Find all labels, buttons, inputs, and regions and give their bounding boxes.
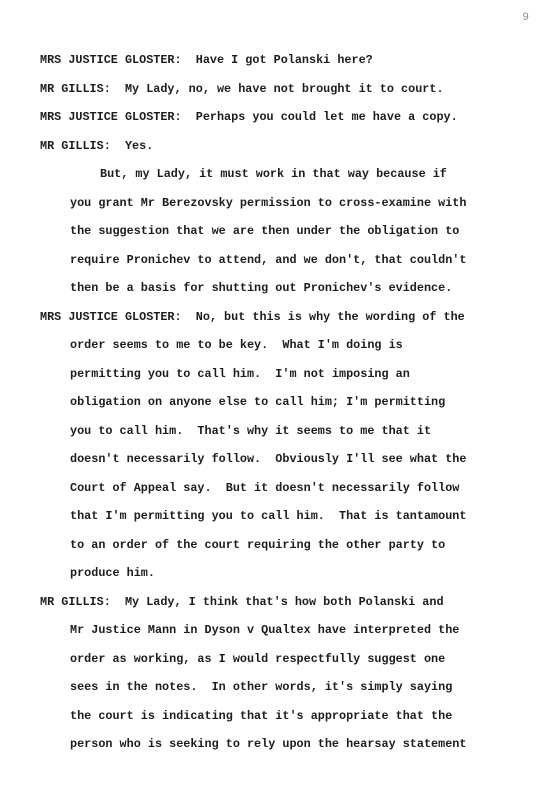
transcript-body: MRS JUSTICE GLOSTER: Have I got Polanski… xyxy=(40,46,548,759)
transcript-line: that I'm permitting you to call him. Tha… xyxy=(70,502,548,531)
transcript-line: you grant Mr Berezovsky permission to cr… xyxy=(70,189,548,218)
transcript-line: sees in the notes. In other words, it's … xyxy=(70,673,548,702)
transcript-line: Court of Appeal say. But it doesn't nece… xyxy=(70,474,548,503)
transcript-line: But, my Lady, it must work in that way b… xyxy=(100,160,548,189)
page-number: 9 xyxy=(522,12,529,24)
transcript-line: the suggestion that we are then under th… xyxy=(70,217,548,246)
transcript-line: Mr Justice Mann in Dyson v Qualtex have … xyxy=(70,616,548,645)
transcript-line: permitting you to call him. I'm not impo… xyxy=(70,360,548,389)
transcript-line: MR GILLIS: Yes. xyxy=(40,132,548,161)
transcript-line: then be a basis for shutting out Pronich… xyxy=(70,274,548,303)
transcript-line: the court is indicating that it's approp… xyxy=(70,702,548,731)
transcript-line: produce him. xyxy=(70,559,548,588)
transcript-line: MR GILLIS: My Lady, I think that's how b… xyxy=(40,588,548,617)
transcript-line: you to call him. That's why it seems to … xyxy=(70,417,548,446)
transcript-line: require Pronichev to attend, and we don'… xyxy=(70,246,548,275)
transcript-line: order seems to me to be key. What I'm do… xyxy=(70,331,548,360)
transcript-line: MRS JUSTICE GLOSTER: Have I got Polanski… xyxy=(40,46,548,75)
transcript-line: MR GILLIS: My Lady, no, we have not brou… xyxy=(40,75,548,104)
transcript-line: obligation on anyone else to call him; I… xyxy=(70,388,548,417)
transcript-line: MRS JUSTICE GLOSTER: No, but this is why… xyxy=(40,303,548,332)
transcript-line: MRS JUSTICE GLOSTER: Perhaps you could l… xyxy=(40,103,548,132)
transcript-line: person who is seeking to rely upon the h… xyxy=(70,730,548,759)
document-page: 9 MRS JUSTICE GLOSTER: Have I got Polans… xyxy=(0,0,558,789)
transcript-line: order as working, as I would respectfull… xyxy=(70,645,548,674)
transcript-line: doesn't necessarily follow. Obviously I'… xyxy=(70,445,548,474)
transcript-line: to an order of the court requiring the o… xyxy=(70,531,548,560)
